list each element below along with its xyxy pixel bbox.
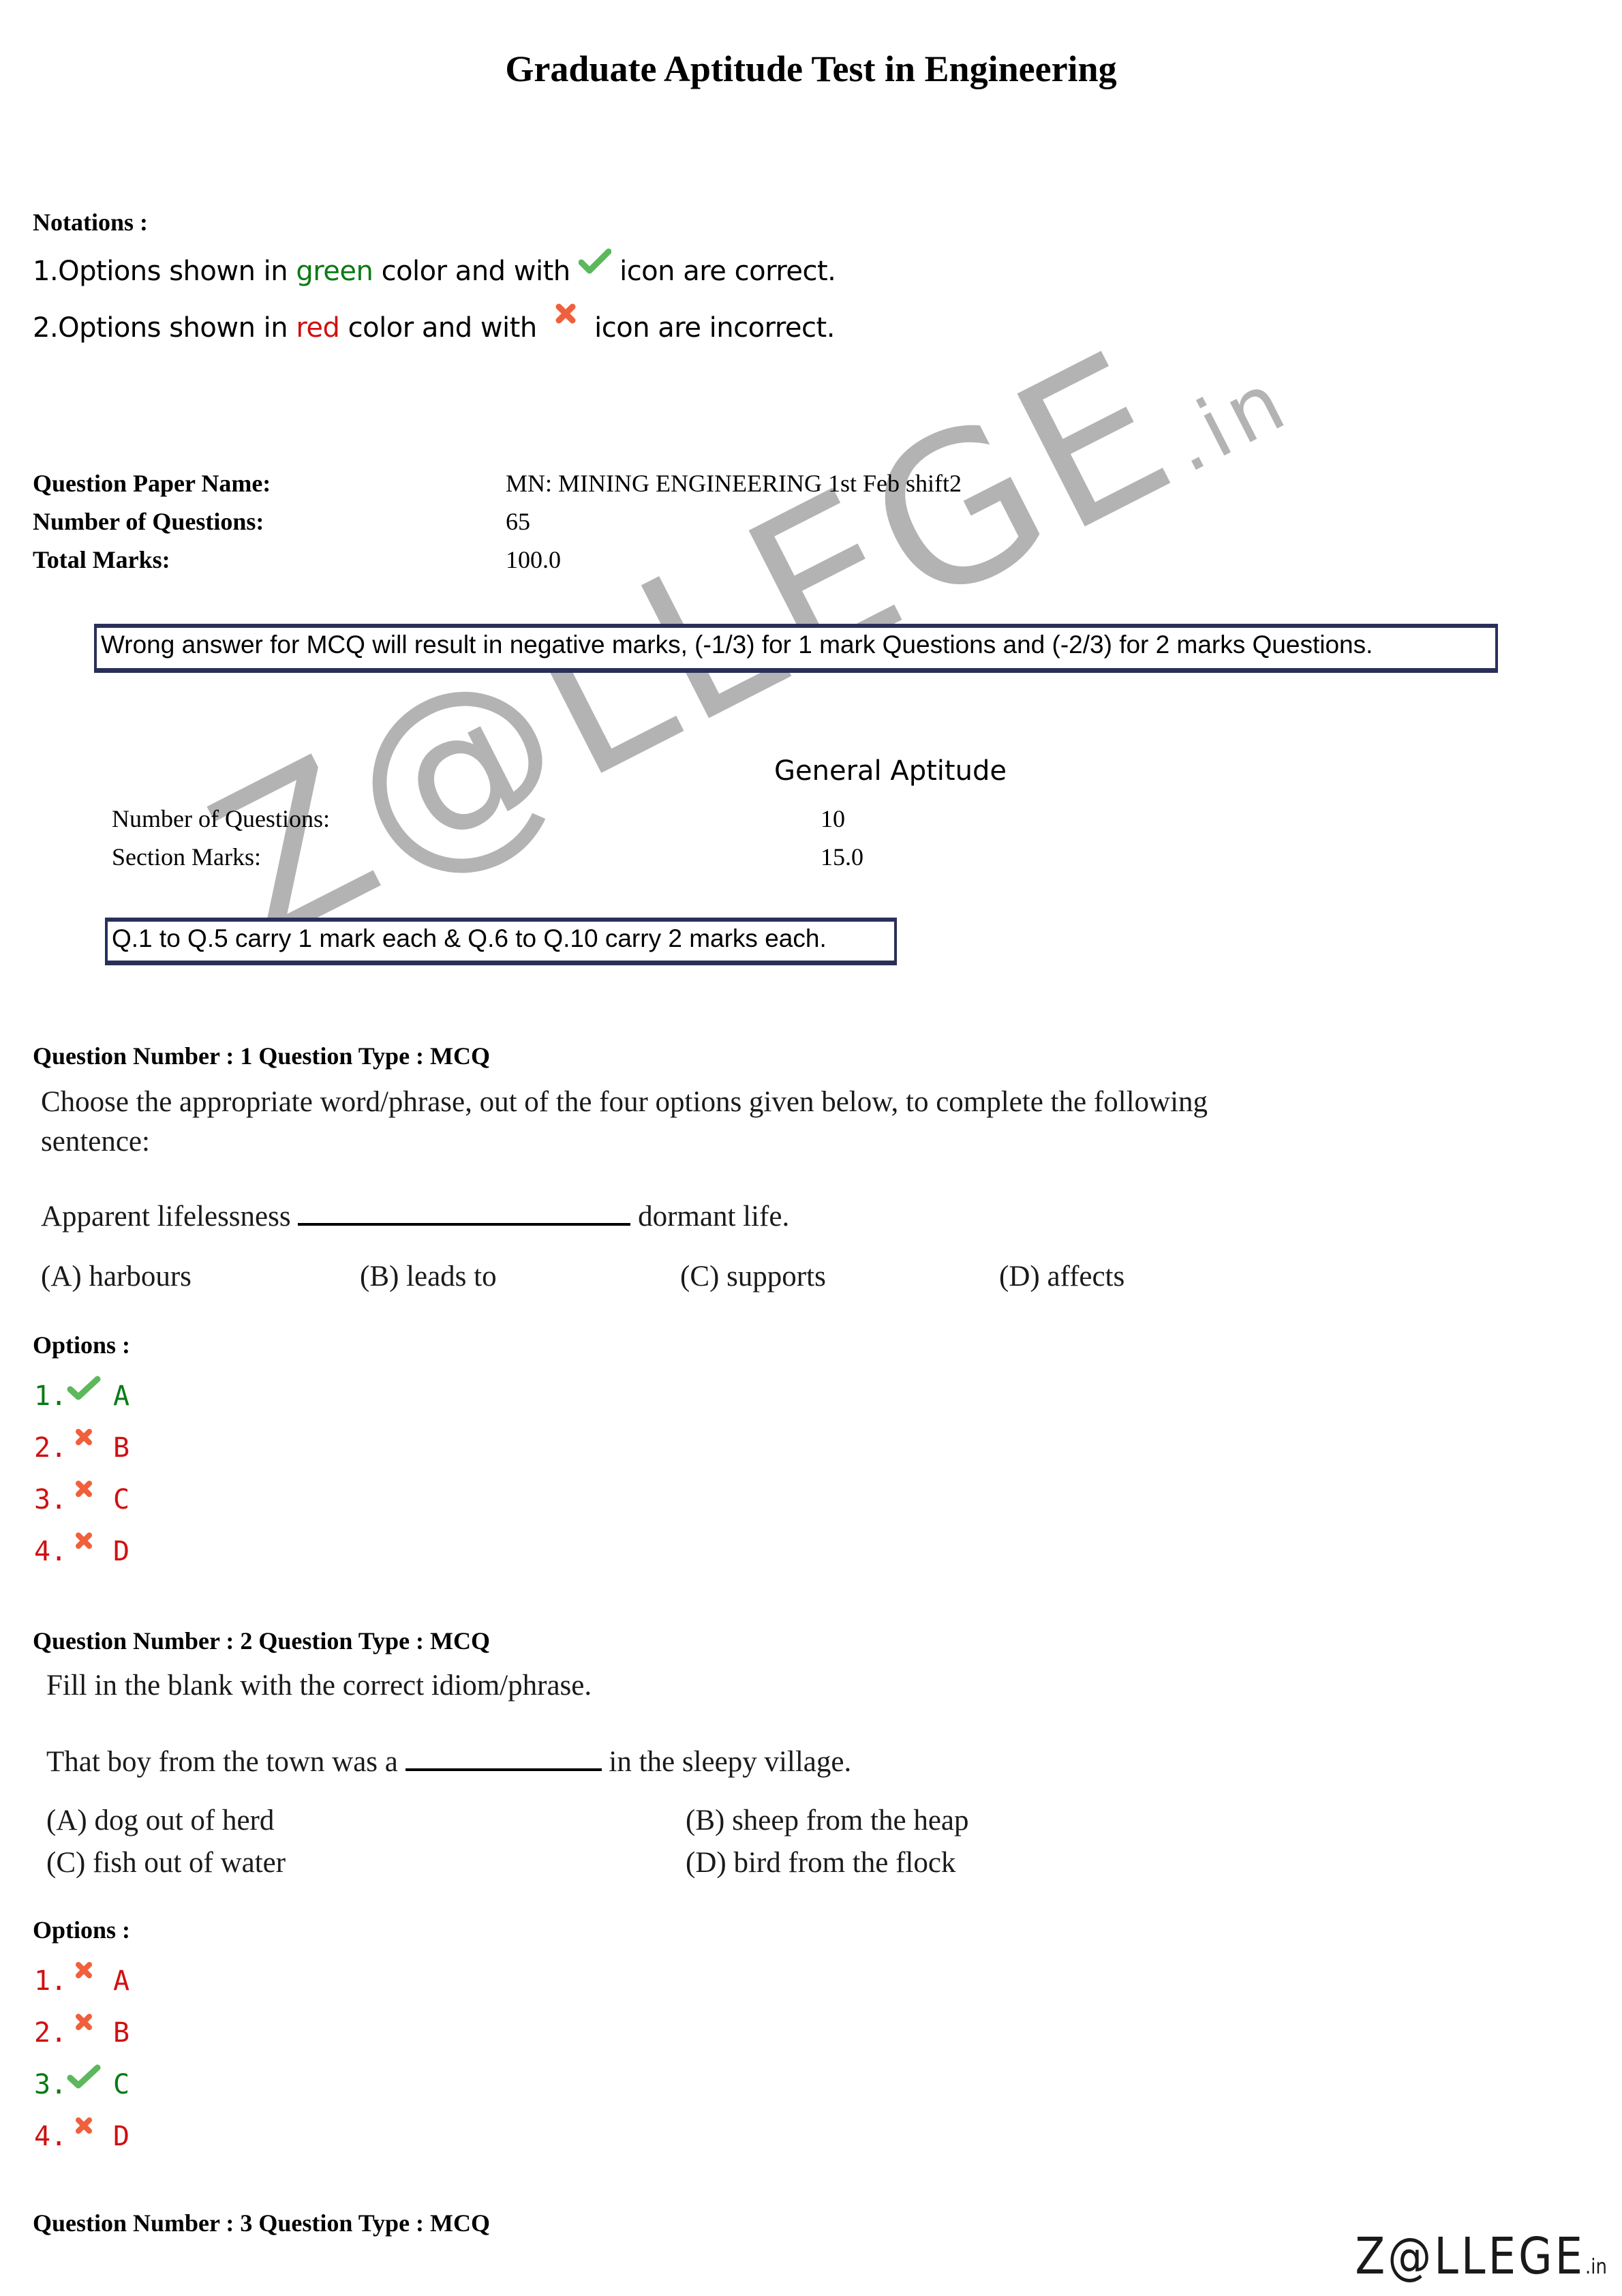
- watermark: Z@LLEGE.in: [179, 250, 1318, 988]
- total-marks-label: Total Marks:: [33, 545, 170, 574]
- question-1-prompt-cont: sentence:: [41, 1125, 150, 1158]
- option-letter: A: [113, 1965, 129, 1997]
- cross-icon: [67, 2011, 104, 2041]
- notation-incorrect: 2.Options shown in red color and with ic…: [33, 300, 835, 344]
- question-2-prompt: Fill in the blank with the correct idiom…: [46, 1669, 592, 1702]
- option-number: 3.: [34, 2069, 67, 2100]
- logo-suffix: .in: [1585, 2256, 1607, 2280]
- question-2-choice-d: (D) bird from the flock: [686, 1846, 955, 1879]
- check-icon: [67, 2063, 104, 2093]
- question-1-options-label: Options :: [33, 1331, 130, 1359]
- sentence-part: dormant life.: [630, 1200, 789, 1233]
- question-1-choice-c: (C) supports: [680, 1260, 826, 1293]
- sentence-part: in the sleepy village.: [602, 1746, 852, 1778]
- option-number: 2.: [34, 1432, 67, 1464]
- option-letter: C: [113, 2069, 129, 2100]
- question-1-sentence: Apparent lifelessness dormant life.: [41, 1200, 789, 1233]
- notation-text: icon are correct.: [611, 256, 836, 287]
- option-row: 4.D: [34, 1526, 129, 1577]
- notations-label: Notations :: [33, 208, 148, 237]
- option-row: 4.D: [34, 2111, 129, 2162]
- option-row: 3.C: [34, 1474, 129, 1526]
- option-letter: D: [113, 2121, 129, 2152]
- option-number: 2.: [34, 2017, 67, 2049]
- option-number: 4.: [34, 1536, 67, 1567]
- total-marks-value: 100.0: [506, 545, 561, 574]
- option-number: 1.: [34, 1965, 67, 1997]
- question-2-choice-c: (C) fish out of water: [46, 1846, 286, 1879]
- question-2-options-label: Options :: [33, 1916, 130, 1944]
- cross-icon: [67, 1959, 104, 1989]
- cross-icon: [67, 2115, 104, 2145]
- notation-text: color and with: [339, 312, 545, 344]
- option-letter: B: [113, 2017, 129, 2049]
- num-questions-label: Number of Questions:: [33, 507, 264, 536]
- section-num-questions-value: 10: [821, 804, 845, 833]
- option-row: 2.B: [34, 1422, 129, 1474]
- notation-text: color and with: [373, 256, 578, 287]
- notation-correct: 1.Options shown in green color and with …: [33, 247, 836, 287]
- section-num-questions-label: Number of Questions:: [112, 804, 330, 833]
- question-2-choice-a: (A) dog out of herd: [46, 1804, 274, 1837]
- section-marks-notice: Q.1 to Q.5 carry 1 mark each & Q.6 to Q.…: [105, 918, 897, 965]
- sentence-part: Apparent lifelessness: [41, 1200, 298, 1233]
- option-letter: B: [113, 1432, 129, 1464]
- cross-icon: [552, 300, 579, 327]
- cross-icon: [67, 1426, 104, 1456]
- page-title: Graduate Aptitude Test in Engineering: [0, 48, 1622, 90]
- negative-marking-notice: Wrong answer for MCQ will result in nega…: [94, 624, 1498, 673]
- option-row: 1.A: [34, 1955, 129, 2007]
- blank-line: [298, 1223, 630, 1226]
- option-row: 2.B: [34, 2007, 129, 2059]
- footer-logo: Z@LLEGE.in: [1355, 2228, 1607, 2286]
- question-2-options: 1.A2.B3.C4.D: [34, 1955, 129, 2162]
- sentence-part: That boy from the town was a: [46, 1746, 405, 1778]
- logo-text: Z@LLEGE: [1355, 2228, 1585, 2286]
- question-2-choice-b: (B) sheep from the heap: [686, 1804, 969, 1837]
- cross-icon: [67, 1530, 104, 1560]
- section-marks-value: 15.0: [821, 843, 863, 871]
- blank-line: [405, 1768, 602, 1771]
- option-number: 1.: [34, 1380, 67, 1412]
- section-name: General Aptitude: [774, 755, 1007, 787]
- question-3-header: Question Number : 3 Question Type : MCQ: [33, 2209, 490, 2237]
- watermark-suffix: .in: [1154, 352, 1304, 491]
- option-number: 4.: [34, 2121, 67, 2152]
- question-1-choice-d: (D) affects: [999, 1260, 1124, 1293]
- paper-name-label: Question Paper Name:: [33, 469, 271, 498]
- option-number: 3.: [34, 1484, 67, 1515]
- cross-icon: [67, 1478, 104, 1508]
- notation-color-word: red: [296, 312, 339, 344]
- question-2-header: Question Number : 2 Question Type : MCQ: [33, 1627, 490, 1655]
- question-1-prompt: Choose the appropriate word/phrase, out …: [41, 1085, 1208, 1119]
- notation-text: 1.Options shown in: [33, 256, 296, 287]
- option-letter: A: [113, 1380, 129, 1412]
- question-1-choice-a: (A) harbours: [41, 1260, 192, 1293]
- option-letter: C: [113, 1484, 129, 1515]
- question-1-header: Question Number : 1 Question Type : MCQ: [33, 1042, 490, 1070]
- check-icon: [67, 1374, 104, 1404]
- notation-color-word: green: [296, 256, 373, 287]
- paper-name-value: MN: MINING ENGINEERING 1st Feb shift2: [506, 469, 962, 498]
- section-marks-label: Section Marks:: [112, 843, 261, 871]
- notation-text: icon are incorrect.: [586, 312, 835, 344]
- question-1-choice-b: (B) leads to: [360, 1260, 497, 1293]
- question-1-options: 1.A2.B3.C4.D: [34, 1370, 129, 1577]
- notation-text: 2.Options shown in: [33, 312, 296, 344]
- check-icon: [579, 247, 611, 275]
- question-2-sentence: That boy from the town was a in the slee…: [46, 1745, 851, 1779]
- option-row: 3.C: [34, 2059, 129, 2111]
- option-row: 1.A: [34, 1370, 129, 1422]
- num-questions-value: 65: [506, 507, 530, 536]
- option-letter: D: [113, 1536, 129, 1567]
